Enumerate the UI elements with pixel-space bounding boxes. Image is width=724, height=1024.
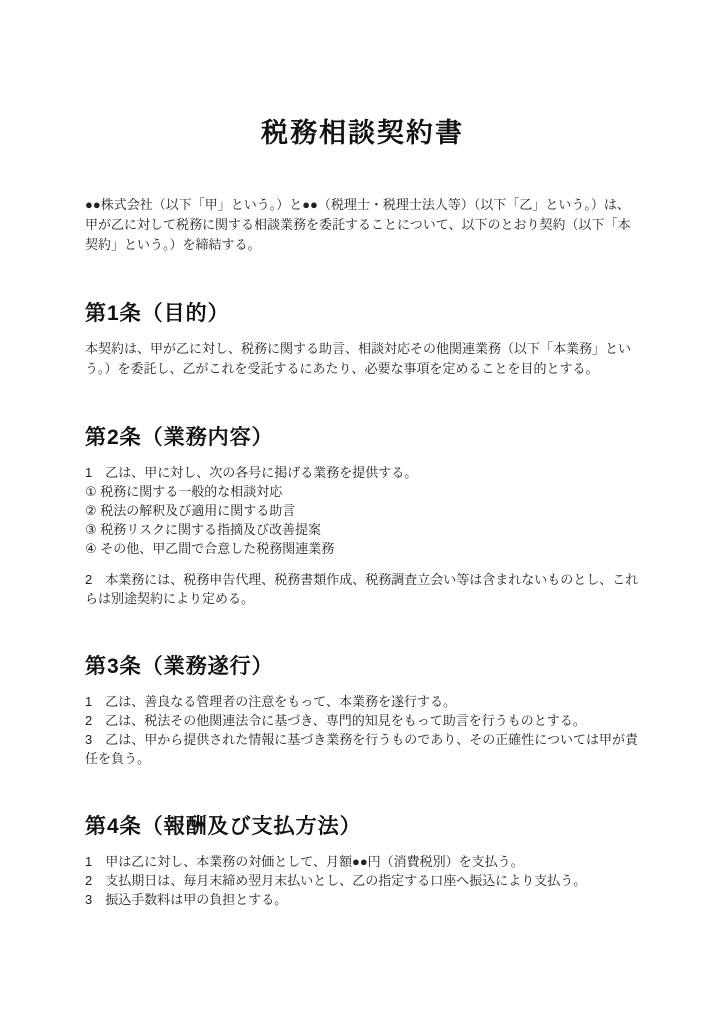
article-4-fees-and-payment: 第4条（報酬及び支払方法） 1 甲は乙に対し、本業務の対価として、月額●●円（消… bbox=[85, 814, 640, 909]
article-2-clause-2: 2 本業務には、税務申告代理、税務書類作成、税務調査立会い等は含まれないものとし… bbox=[85, 570, 640, 608]
article-2-heading: 第2条（業務内容） bbox=[85, 425, 640, 451]
article-4-body: 1 甲は乙に対し、本業務の対価として、月額●●円（消費税別）を支払う。 2 支払… bbox=[85, 852, 640, 909]
article-3-performance-of-services: 第3条（業務遂行） 1 乙は、善良なる管理者の注意をもって、本業務を遂行する。 … bbox=[85, 654, 640, 768]
article-4-heading: 第4条（報酬及び支払方法） bbox=[85, 814, 640, 840]
article-2-scope-of-services: 第2条（業務内容） 1 乙は、甲に対し、次の各号に掲げる業務を提供する。 ① 税… bbox=[85, 425, 640, 608]
article-3-heading: 第3条（業務遂行） bbox=[85, 654, 640, 680]
document-intro-paragraph: ●●株式会社（以下「甲」という。）と●●（税理士・税理士法人等）（以下「乙」とい… bbox=[85, 195, 640, 255]
contract-document-page: 税務相談契約書 ●●株式会社（以下「甲」という。）と●●（税理士・税理士法人等）… bbox=[0, 0, 724, 1024]
article-1-purpose: 第1条（目的） 本契約は、甲が乙に対し、税務に関する助言、相談対応その他関連業務… bbox=[85, 301, 640, 379]
article-3-body: 1 乙は、善良なる管理者の注意をもって、本業務を遂行する。 2 乙は、税法その他… bbox=[85, 692, 640, 768]
article-2-clause-1: 1 乙は、甲に対し、次の各号に掲げる業務を提供する。 ① 税務に関する一般的な相… bbox=[85, 463, 640, 558]
article-1-heading: 第1条（目的） bbox=[85, 301, 640, 327]
document-title: 税務相談契約書 bbox=[85, 117, 640, 150]
article-1-body: 本契約は、甲が乙に対し、税務に関する助言、相談対応その他関連業務（以下「本業務」… bbox=[85, 339, 640, 379]
